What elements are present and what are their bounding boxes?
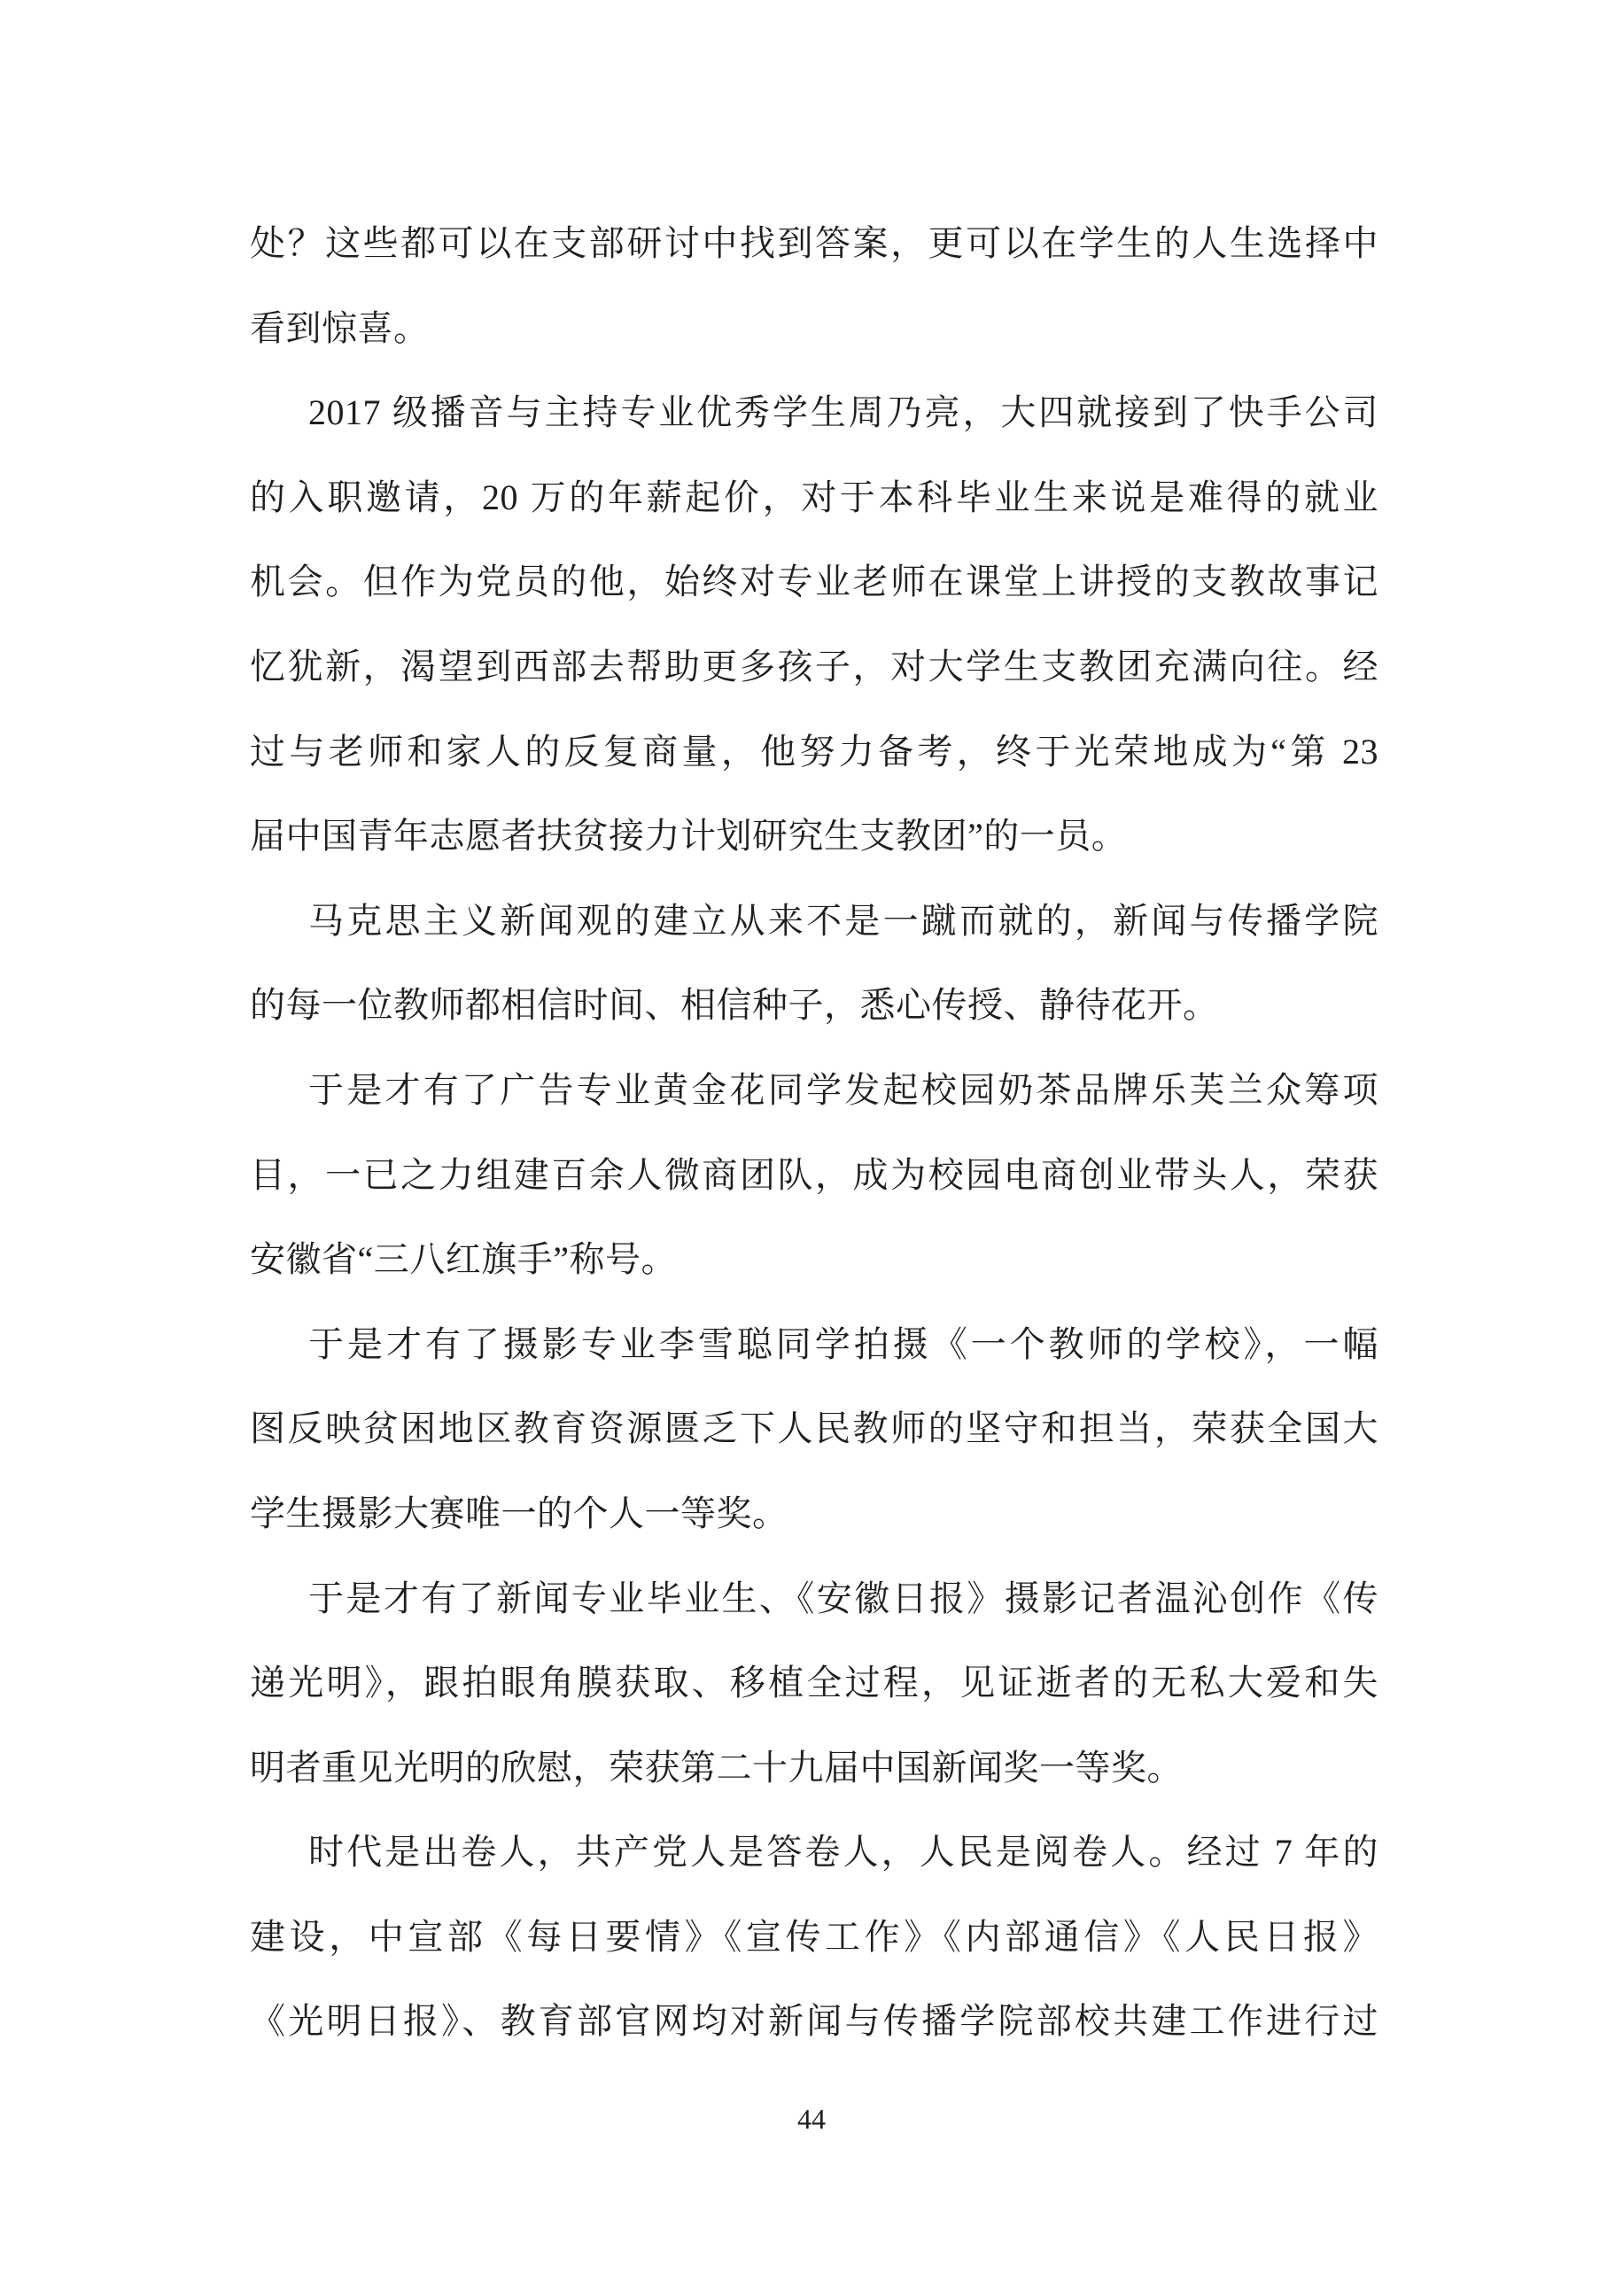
text-line: 安徽省“三八红旗手”称号。 <box>250 1217 1378 1302</box>
text-line: 于是才有了新闻专业毕业生、《安徽日报》摄影记者温沁创作《传 <box>250 1556 1378 1641</box>
text-line: 图反映贫困地区教育资源匮乏下人民教师的坚守和担当，荣获全国大 <box>250 1386 1378 1471</box>
text-line: 建设，中宣部《每日要情》《宣传工作》《内部通信》《人民日报》 <box>250 1895 1378 1980</box>
text-line: 2017 级播音与主持专业优秀学生周乃亮，大四就接到了快手公司 <box>250 370 1378 455</box>
text-line: 于是才有了摄影专业李雪聪同学拍摄《一个教师的学校》，一幅 <box>250 1302 1378 1387</box>
text-line: 递光明》，跟拍眼角膜获取、移植全过程，见证逝者的无私大爱和失 <box>250 1641 1378 1726</box>
text-line: 学生摄影大赛唯一的个人一等奖。 <box>250 1471 1378 1556</box>
text-line: 《光明日报》、教育部官网均对新闻与传播学院部校共建工作进行过 <box>250 1979 1378 2064</box>
text-line: 过与老师和家人的反复商量，他努力备考，终于光荣地成为“第 23 <box>250 710 1378 795</box>
text-line: 看到惊喜。 <box>250 286 1378 371</box>
text-line: 马克思主义新闻观的建立从来不是一蹴而就的，新闻与传播学院 <box>250 879 1378 964</box>
text-line: 机会。但作为党员的他，始终对专业老师在课堂上讲授的支教故事记 <box>250 539 1378 624</box>
page-number: 44 <box>0 2099 1623 2138</box>
document-page: 处？这些都可以在支部研讨中找到答案，更可以在学生的人生选择中 看到惊喜。 201… <box>0 0 1623 2296</box>
text-line: 于是才有了广告专业黄金花同学发起校园奶茶品牌乐芙兰众筹项 <box>250 1048 1378 1133</box>
text-line: 目，一已之力组建百余人微商团队，成为校园电商创业带头人，荣获 <box>250 1133 1378 1218</box>
text-line: 明者重见光明的欣慰，荣获第二十九届中国新闻奖一等奖。 <box>250 1726 1378 1811</box>
text-line: 的入职邀请，20 万的年薪起价，对于本科毕业生来说是难得的就业 <box>250 455 1378 540</box>
text-line: 的每一位教师都相信时间、相信种子，悉心传授、静待花开。 <box>250 963 1378 1048</box>
text-line: 时代是出卷人，共产党人是答卷人，人民是阅卷人。经过 7 年的 <box>250 1810 1378 1895</box>
text-line: 处？这些都可以在支部研讨中找到答案，更可以在学生的人生选择中 <box>250 201 1378 286</box>
body-text: 处？这些都可以在支部研讨中找到答案，更可以在学生的人生选择中 看到惊喜。 201… <box>250 201 1378 2064</box>
text-line: 届中国青年志愿者扶贫接力计划研究生支教团”的一员。 <box>250 794 1378 879</box>
text-line: 忆犹新，渴望到西部去帮助更多孩子，对大学生支教团充满向往。经 <box>250 624 1378 710</box>
